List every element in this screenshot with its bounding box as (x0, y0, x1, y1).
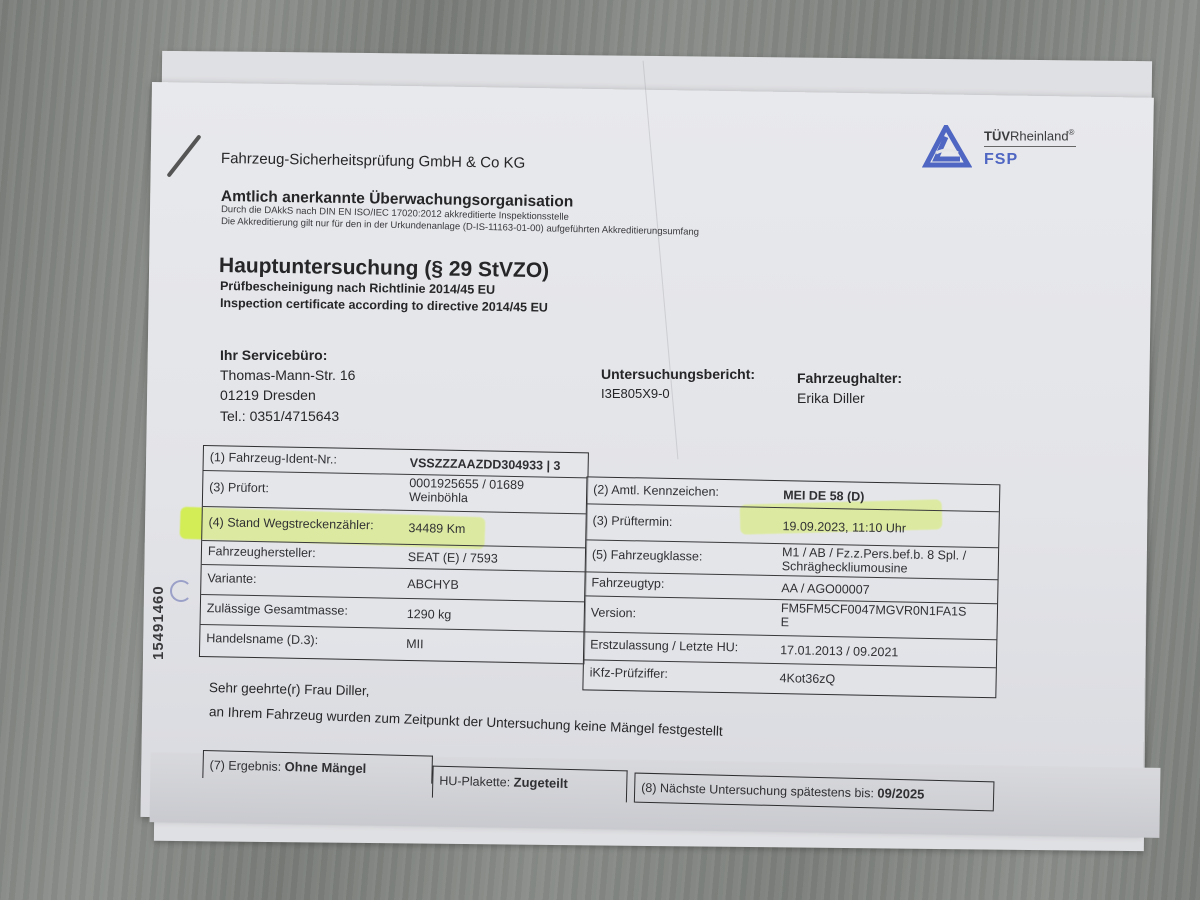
field-label: Fahrzeugtyp: (591, 575, 664, 590)
field-value: 34489 Km (408, 521, 465, 536)
field-label: (4) Stand Wegstreckenzähler: (208, 515, 373, 532)
field-value: 4Kot36zQ (779, 671, 835, 686)
stamp-circle-icon (170, 580, 192, 602)
table-row: Handelsname (D.3):MII (200, 624, 585, 661)
logo-brand-bold: TÜV (984, 128, 1010, 143)
field-label: Variante: (207, 571, 256, 586)
next-inspection-box: (8) Nächste Untersuchung spätestens bis:… (634, 773, 995, 812)
field-label: Zulässige Gesamtmasse: (207, 601, 348, 618)
result-box: (7) Ergebnis: Ohne Mängel (202, 750, 433, 784)
field-label: Handelsname (D.3): (206, 631, 318, 647)
logo-sub: FSP (984, 151, 1018, 169)
holder-name: Erika Diller (797, 390, 865, 406)
field-label: (5) Fahrzeugklasse: (592, 547, 703, 563)
holder-label: Fahrzeughalter: (797, 370, 902, 386)
field-label: Fahrzeughersteller: (208, 544, 316, 560)
field-label: Version: (591, 605, 636, 620)
field-value: MII (406, 637, 424, 651)
result-value: Ohne Mängel (284, 759, 366, 776)
service-office-city: 01219 Dresden (220, 387, 316, 403)
plakette-value: Zugeteilt (513, 775, 568, 791)
field-value: MEI DE 58 (D) (783, 488, 865, 504)
vehicle-table-left: (1) Fahrzeug-Ident-Nr.:VSSZZZAAZDD304933… (199, 445, 589, 664)
side-serial-number: 15491460 (150, 585, 167, 660)
field-label: iKfz-Prüfziffer: (590, 665, 669, 680)
logo-brand: TÜVRheinland® (984, 128, 1074, 143)
field-label: (1) Fahrzeug-Ident-Nr.: (210, 450, 337, 466)
logo-brand-rest: Rheinland (1010, 128, 1069, 143)
tuv-triangle-logo-icon (922, 125, 972, 169)
field-value: ABCHYB (407, 577, 459, 592)
service-office-label: Ihr Servicebüro: (220, 347, 327, 363)
logo-divider (984, 146, 1076, 147)
plakette-label: HU-Plakette: (439, 774, 510, 790)
field-value: M1 / AB / Fz.z.Pers.bef.b. 8 Spl. /Schrä… (782, 545, 967, 577)
next-inspection-label: (8) Nächste Untersuchung spätestens bis: (641, 781, 874, 801)
report-label: Untersuchungsbericht: (601, 366, 755, 382)
plakette-box: HU-Plakette: Zugeteilt (432, 766, 628, 803)
field-label: (2) Amtl. Kennzeichen: (593, 483, 719, 499)
field-value: VSSZZZAAZDD304933 | 3 (410, 456, 561, 473)
field-value: 17.01.2013 / 09.2021 (780, 643, 898, 659)
field-value: SEAT (E) / 7593 (408, 550, 498, 566)
field-value: AA / AGO00007 (781, 581, 870, 597)
field-label: (3) Prüfort: (209, 480, 269, 495)
vehicle-data-table: (1) Fahrzeug-Ident-Nr.:VSSZZZAAZDD304933… (198, 445, 1002, 700)
logo-registered: ® (1069, 128, 1075, 137)
vehicle-table-right: (2) Amtl. Kennzeichen:MEI DE 58 (D)(3) P… (582, 476, 1000, 698)
field-value: 0001925655 / 01689Weinböhla (409, 476, 524, 506)
next-inspection-value: 09/2025 (877, 785, 924, 801)
field-value: 1290 kg (407, 607, 452, 622)
field-value: 19.09.2023, 11:10 Uhr (782, 519, 906, 535)
field-label: (3) Prüftermin: (592, 513, 672, 529)
report-number: I3E805X9-0 (601, 386, 670, 401)
field-label: Erstzulassung / Letzte HU: (590, 637, 738, 654)
field-value: FM5FM5CF0047MGVR0N1FA1SE (781, 601, 967, 633)
service-office-phone: Tel.: 0351/4715643 (220, 408, 339, 424)
result-label: (7) Ergebnis: (209, 758, 281, 774)
service-office-street: Thomas-Mann-Str. 16 (220, 367, 355, 383)
